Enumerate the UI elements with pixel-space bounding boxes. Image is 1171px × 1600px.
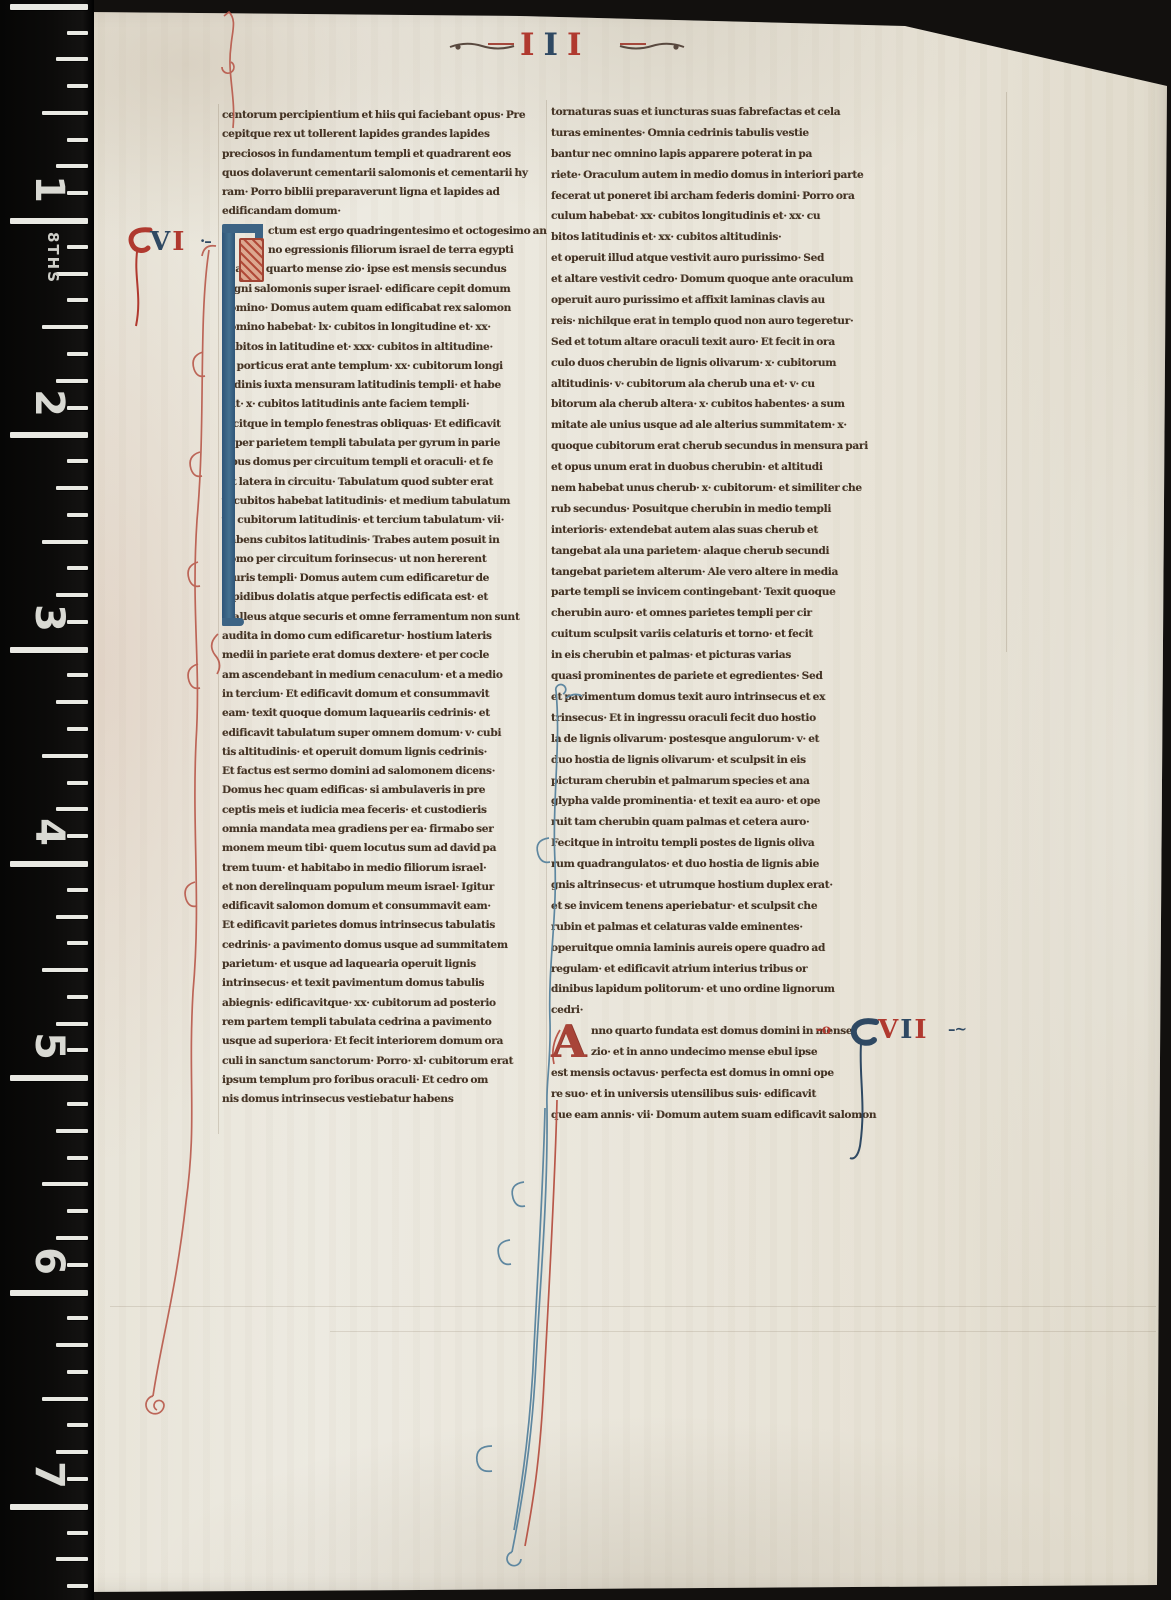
ruler-tick: [67, 1102, 88, 1106]
text-line: picturam cherubin et palmarum species et…: [551, 771, 893, 792]
ruler-tick: [10, 218, 88, 224]
ruler-tick: [67, 941, 88, 945]
marker-flourish-dash: ·–: [200, 232, 211, 250]
marker-pre-curl: -o: [816, 1022, 831, 1038]
marker-flourish-dash: –~: [948, 1020, 966, 1038]
text-line: nis domus intrinsecus vestiebatur habens: [222, 1090, 540, 1109]
text-line: ruit tam cherubin quam palmas et cetera …: [551, 812, 893, 833]
ruler-tick: [10, 647, 88, 653]
text-line: fecitque in templo fenestras obliquas· E…: [222, 415, 540, 434]
ruler-tick: [67, 1209, 88, 1213]
text-line: habens cubitos latitudinis· Trabes autem…: [222, 531, 540, 550]
text-line: lapidibus dolatis atque perfectis edific…: [222, 588, 540, 607]
text-line: super parietem templi tabulata per gyrum…: [222, 434, 540, 453]
text-line: cherubin auro· et omnes parietes templi …: [551, 603, 893, 624]
text-line: in tercium· Et edificavit domum et consu…: [222, 685, 540, 704]
ruler-tick: [67, 673, 88, 677]
text-line: culi in sanctum sanctorum· Porro· xl· cu…: [222, 1052, 540, 1071]
ruler-number: 2: [26, 380, 72, 426]
chapter-number: VII: [878, 1014, 929, 1046]
text-line: operuitque omnia laminis aureis opere qu…: [551, 938, 893, 959]
text-line: muris templi· Domus autem cum edificaret…: [222, 569, 540, 588]
ruler-number: 1: [26, 166, 72, 212]
text-line: Et edificavit parietes domus intrinsecus…: [222, 916, 540, 935]
ruler-tick: [67, 513, 88, 517]
ruler-tick: [56, 915, 88, 919]
ruler-tick: [67, 1584, 88, 1588]
text-line: que eam annis· vii· Domum autem suam edi…: [551, 1105, 893, 1126]
ruler-tick: [10, 1290, 88, 1296]
text-line: rum quadrangulatos· et duo hostia de lig…: [551, 854, 893, 875]
ruler-tick: [67, 298, 88, 302]
ruling-line: [110, 1306, 1156, 1307]
text-line: vi· cubitorum latitudinis· et tercium ta…: [222, 511, 540, 530]
ruling-line: [330, 1331, 1156, 1332]
ruler-tick: [42, 111, 88, 115]
ruler-tick: [42, 754, 88, 758]
ruler-tick: [67, 1531, 88, 1535]
text-line: audita in domo cum edificaretur· hostium…: [222, 627, 540, 646]
ruler-tick: [10, 432, 88, 438]
text-line: fecerat ut poneret ibi archam federis do…: [551, 186, 893, 207]
text-line: altitudinis· v· cubitorum ala cherub una…: [551, 374, 893, 395]
ruler-tick: [67, 727, 88, 731]
text-line: cepitque rex ut tollerent lapides grande…: [222, 125, 540, 144]
text-line: et non derelinquam populum meum israel· …: [222, 878, 540, 897]
text-line: turas eminentes· Omnia cedrinis tabulis …: [551, 123, 893, 144]
text-line: Domus hec quam edificas· si ambulaveris …: [222, 781, 540, 800]
text-line: centorum percipientium et hiis qui facie…: [222, 106, 540, 125]
chapter-letter: V: [878, 1015, 900, 1045]
text-line: malleus atque securis et omne ferramentu…: [222, 608, 540, 627]
text-line: et opus unum erat in duobus cherubin· et…: [551, 457, 893, 478]
text-line: operuit auro purissimo et affixit lamina…: [551, 290, 893, 311]
text-line: intrinsecus· et texit pavimentum domus t…: [222, 974, 540, 993]
ruler-tick: [67, 1370, 88, 1374]
text-line: v· cubitos habebat latitudinis· et mediu…: [222, 492, 540, 511]
text-line: domino· Domus autem quam edificabat rex …: [222, 299, 540, 318]
text-line: parte templi se invicem contingebant· Te…: [551, 582, 893, 603]
ruler-tick: [67, 31, 88, 35]
text-line: trem tuum· et habitabo in medio filiorum…: [222, 859, 540, 878]
text-line: Et factus est sermo domini ad salomonem …: [222, 762, 540, 781]
ruler-tick: [67, 566, 88, 570]
text-line: bantur nec omnino lapis apparere poterat…: [551, 144, 893, 165]
photo-stage: III centorum percipientium et hiis qui f…: [0, 0, 1171, 1600]
text-line: rem partem templi tabulata cedrina a pav…: [222, 1013, 540, 1032]
text-line: interioris· extendebat autem alas suas c…: [551, 520, 893, 541]
text-line: medii in pariete erat domus dextere· et …: [222, 646, 540, 665]
text-line: riete· Oraculum autem in medio domus in …: [551, 165, 893, 186]
ruler-number: 6: [26, 1238, 72, 1284]
text-line: glypha valde prominentia· et texit ea au…: [551, 791, 893, 812]
text-line: regulam· et edificavit atrium interius t…: [551, 959, 893, 980]
ruler-tick: [67, 1156, 88, 1160]
ruler-tick: [10, 4, 88, 10]
text-line: bat· x· cubitos latitudinis ante faciem …: [222, 395, 540, 414]
text-line: reis· nichilque erat in templo quod non …: [551, 311, 893, 332]
text-line: domo per circuitum forinsecus· ut non he…: [222, 550, 540, 569]
ruler-number: 5: [26, 1023, 72, 1069]
ruler-tick: [67, 459, 88, 463]
initial-ornament-panel: [239, 238, 264, 282]
ruler-tick: [56, 1343, 88, 1347]
ruler-tick: [67, 245, 88, 249]
ruling-line: [1006, 92, 1007, 652]
text-line: monem meum tibi· quem locutus sum ad dav…: [222, 839, 540, 858]
ruler-number: 7: [26, 1452, 72, 1498]
ruler-tick: [67, 995, 88, 999]
text-line: am ascendebant in medium cenaculum· et a…: [222, 666, 540, 685]
text-line: quasi prominentes de pariete et egredien…: [551, 666, 893, 687]
text-line: et altare vestivit cedro· Domum quoque a…: [551, 269, 893, 290]
ruling-line: [546, 100, 547, 1134]
ruler-tick: [67, 781, 88, 785]
text-line: domino habebat· lx· cubitos in longitudi…: [222, 318, 540, 337]
chapter-letter: I: [172, 227, 186, 257]
ruler-tick: [67, 352, 88, 356]
ruler-tick: [42, 1397, 88, 1401]
text-line: edificavit salomon domum et consummavit …: [222, 897, 540, 916]
ruler-tick: [42, 1182, 88, 1186]
text-line: gnis altrinsecus· et utrumque hostium du…: [551, 875, 893, 896]
text-line: duo hostia de lignis olivarum· et sculps…: [551, 750, 893, 771]
ruler-tick: [67, 888, 88, 892]
text-line: trinsecus· Et in ingressu oraculi fecit …: [551, 708, 893, 729]
chapter-marker-vii: -o VII –~: [816, 1014, 996, 1054]
text-line: no egressionis filiorum israel de terra …: [222, 241, 540, 260]
text-line: usque ad superiora· Et fecit interiorem …: [222, 1032, 540, 1051]
chapter-letter: I: [900, 1015, 914, 1045]
text-line: culum habebat· xx· cubitos longitudinis …: [551, 206, 893, 227]
ruler-tick: [67, 138, 88, 142]
text-line: edificandam domum·: [222, 202, 540, 221]
text-line: bitorum ala cherub altera· x· cubitos ha…: [551, 394, 893, 415]
text-line: tangebat ala una parietem· alaque cherub…: [551, 541, 893, 562]
text-line: la de lignis olivarum· postesque angulor…: [551, 729, 893, 750]
initial-stem: [222, 224, 235, 624]
ruler-tick: [42, 540, 88, 544]
text-line: et operuit illud atque vestivit auro pur…: [551, 248, 893, 269]
chapter-letter: I: [914, 1015, 928, 1045]
text-line: culo duos cherubin de lignis olivarum· x…: [551, 353, 893, 374]
text-line: regni salomonis super israel· edificare …: [222, 280, 540, 299]
text-line: ram· Porro biblii preparaverunt ligna et…: [222, 183, 540, 202]
text-column-left: centorum percipientium et hiis qui facie…: [222, 106, 540, 1109]
text-line: cuitum sculpsit variis celaturis et torn…: [551, 624, 893, 645]
text-line: tudinis iuxta mensuram latitudinis templ…: [222, 376, 540, 395]
chapter-letter: V: [150, 227, 172, 257]
text-line: in anno quarto mense zio· ipse est mensi…: [222, 260, 540, 279]
text-line: Fecitque in introitu templi postes de li…: [551, 833, 893, 854]
text-line: parietum· et usque ad laquearia operuit …: [222, 955, 540, 974]
ruler-unit-label: 8THS: [44, 232, 62, 278]
ruler-tick: [56, 700, 88, 704]
text-line: edificavit tabulatum super omnem domum· …: [222, 724, 540, 743]
ruler-tick: [10, 861, 88, 867]
ruler-tick: [67, 1423, 88, 1427]
paraph-mark-icon: [846, 1016, 880, 1166]
text-line: rubin et palmas et celaturas valde emine…: [551, 917, 893, 938]
ruler-tick: [42, 325, 88, 329]
text-line: quoque cubitorum erat cherub secundus in…: [551, 436, 893, 457]
text-line: cubitos in latitudine et· xxx· cubitos i…: [222, 338, 540, 357]
ruler-number: 3: [26, 595, 72, 641]
numeral-letter: I: [544, 27, 568, 63]
text-line: tangebat parietem alterum· Ale vero alte…: [551, 562, 893, 583]
ruler-tick: [56, 1129, 88, 1133]
ruler-tick: [10, 1504, 88, 1510]
ruler-tick: [56, 57, 88, 61]
text-line: bitos latitudinis et· xx· cubitos altitu…: [551, 227, 893, 248]
text-line: in eis cherubin et palmas· et picturas v…: [551, 645, 893, 666]
text-line: cedrinis· a pavimento domus usque ad sum…: [222, 936, 540, 955]
text-line: cit latera in circuitu· Tabulatum quod s…: [222, 473, 540, 492]
page-numeral: III: [520, 26, 591, 64]
text-line: ceptis meis et iudicia mea feceris· et c…: [222, 801, 540, 820]
text-column-right: tornaturas suas et iuncturas suas fabref…: [551, 102, 893, 1126]
text-line: ipsum templum pro foribus oraculi· Et ce…: [222, 1071, 540, 1090]
ruler-tick: [42, 968, 88, 972]
text-line: re suo· et in universis utensilibus suis…: [551, 1084, 893, 1105]
text-line: mitate ale unius usque ad ale alterius s…: [551, 415, 893, 436]
text-line: preciosos in fundamentum templi et quadr…: [222, 145, 540, 164]
text-line: est mensis octavus· perfecta est domus i…: [551, 1063, 893, 1084]
chapter-number: VI: [150, 226, 186, 258]
head-flourish-right-icon: [616, 38, 686, 54]
ruler-tick: [10, 1075, 88, 1081]
text-line: nem habebat unus cherub· x· cubitorum· e…: [551, 478, 893, 499]
initial-foot: [222, 618, 244, 626]
text-line: eam· texit quoque domum laqueariis cedri…: [222, 704, 540, 723]
numeral-letter: I: [567, 27, 591, 63]
text-line: Et porticus erat ante templum· xx· cubit…: [222, 357, 540, 376]
text-line: tibus domus per circuitum templi et orac…: [222, 453, 540, 472]
head-flourish-left-icon: [448, 38, 518, 54]
ruler-tick: [56, 486, 88, 490]
text-line: abiegnis· edificavitque· xx· cubitorum a…: [222, 994, 540, 1013]
text-line: et pavimentum domus texit auro intrinsec…: [551, 687, 893, 708]
text-line: rub secundus· Posuitque cherubin in medi…: [551, 499, 893, 520]
numeral-letter: I: [520, 27, 544, 63]
ruler: 1234567 8THS: [0, 0, 94, 1600]
text-line: Sed et totum altare oraculi texit auro· …: [551, 332, 893, 353]
ruler-tick: [56, 1557, 88, 1561]
chapter-marker-vi: VI ·–: [124, 226, 234, 266]
text-line: tornaturas suas et iuncturas suas fabref…: [551, 102, 893, 123]
text-line: dinibus lapidum politorum· et uno ordine…: [551, 979, 893, 1000]
running-head: III: [448, 26, 728, 66]
ruler-tick: [67, 84, 88, 88]
illuminated-initial-F: [222, 224, 268, 628]
text-line: quos dolaverunt cementarii salomonis et …: [222, 164, 540, 183]
rubricated-initial-A: A: [551, 1019, 587, 1065]
ruler-tick: [67, 1316, 88, 1320]
text-line: et se invicem tenens aperiebatur· et scu…: [551, 896, 893, 917]
ruler-number: 4: [26, 809, 72, 855]
text-line: omnia mandata mea gradiens per ea· firma…: [222, 820, 540, 839]
text-line: ctum est ergo quadringentesimo et octoge…: [222, 222, 540, 241]
text-line: tis altitudinis· et operuit domum lignis…: [222, 743, 540, 762]
